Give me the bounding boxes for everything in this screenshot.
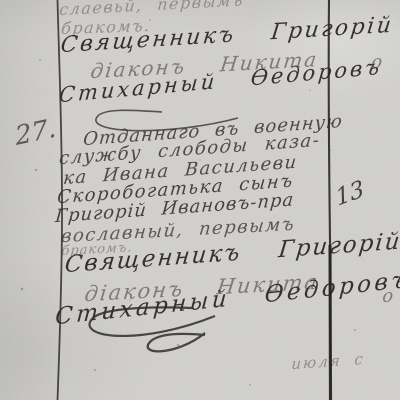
flourish-stroke — [90, 307, 215, 336]
priest-line: Священникъ Григорій Ч — [59, 11, 400, 57]
column-rule-left — [58, 0, 63, 400]
entry-number: 27. — [14, 115, 57, 150]
sexton-line: Стихарный Ѳедоровъ Др — [58, 51, 400, 107]
entry-text-line: Скоробогатька сынъ — [56, 172, 294, 207]
column-rule-right-thick — [330, 245, 331, 400]
sexton-line: Стихарный Ѳедоровъ — [54, 269, 400, 330]
entry-text-line: ка Ивана Васильеви — [62, 154, 298, 189]
marginal-note: июля с — [291, 352, 365, 372]
entry-text-line: Григорій Ивановъ-пра — [54, 191, 295, 226]
entry-text-line: бракомъ. — [61, 241, 133, 258]
entry-text-line: службу слободы каза- — [58, 132, 321, 168]
column-rule-right — [329, 0, 331, 400]
deacon-line: діаконъ Никита — [90, 49, 320, 81]
text-line: слаевьй, первымъ — [59, 0, 245, 18]
age-value: 13 — [334, 178, 366, 211]
entry-text-line: вославный, первымъ — [60, 216, 296, 246]
priest-line: Священникъ Григорій ъ — [64, 227, 400, 278]
paper-grain — [0, 0, 400, 400]
flourish-stroke — [96, 110, 238, 130]
scan-artifacts-layer — [0, 0, 400, 400]
overflow-char: о — [382, 287, 394, 306]
scanned-register-page: слаевьй, первымъ бракомъ. Священникъ Гри… — [0, 0, 400, 400]
entry-text-line: Отданнаго въ военную — [82, 113, 343, 149]
deacon-line: діаконъ Никита — [83, 272, 320, 305]
overflow-char: о — [371, 53, 383, 72]
flourish-stroke — [148, 333, 205, 351]
ink-specks — [21, 19, 371, 386]
text-line: бракомъ. — [60, 18, 151, 37]
